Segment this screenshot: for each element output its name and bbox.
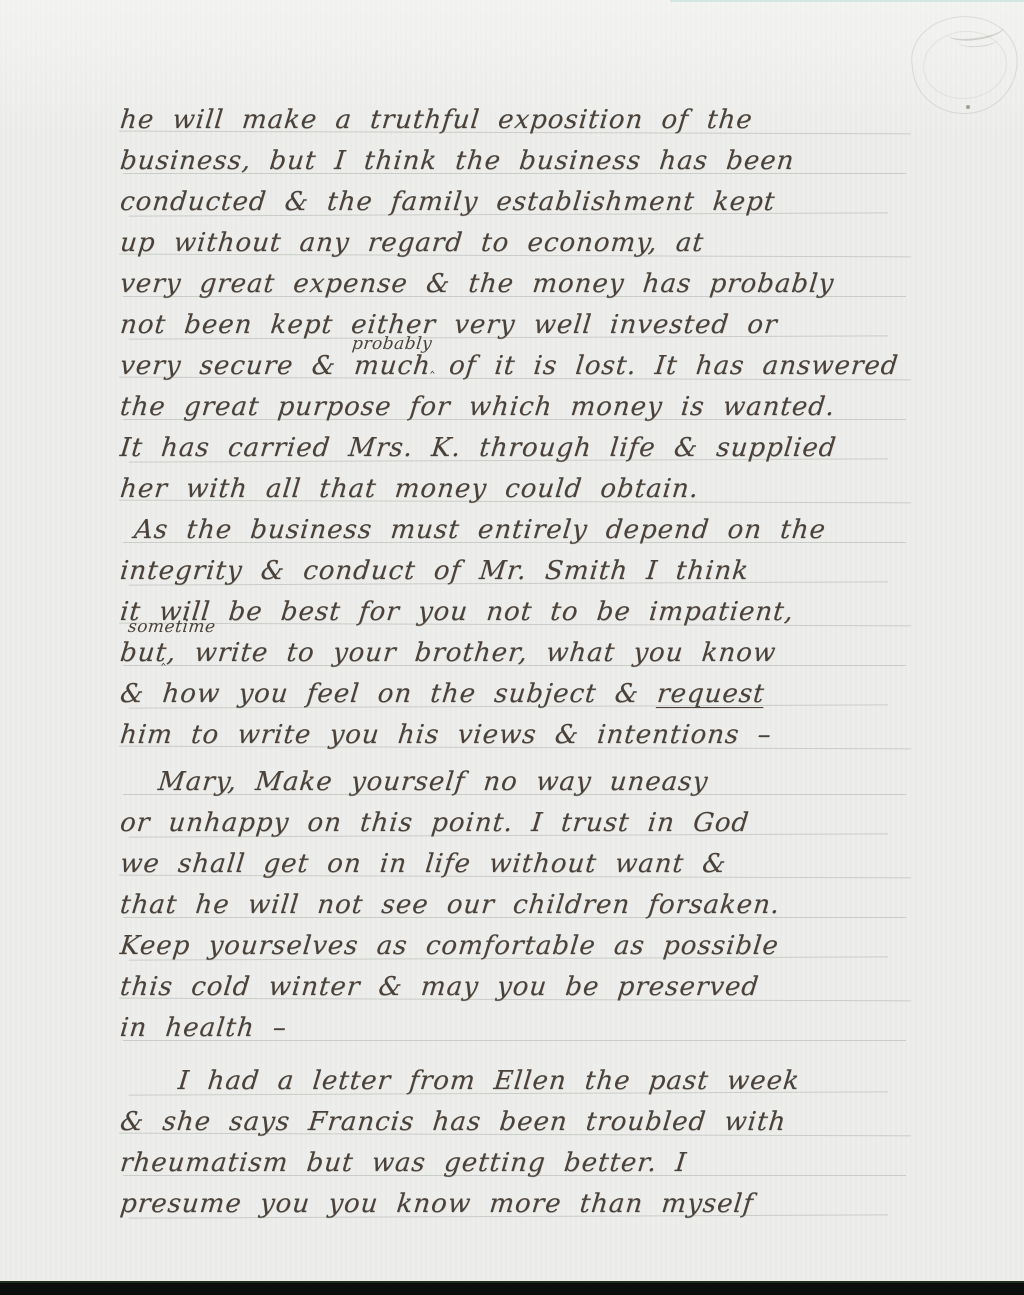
scan-edge-bottom <box>0 1281 1024 1295</box>
handwriting-line: & she says Francis has been troubled wit… <box>118 1102 938 1143</box>
handwriting-line: Keep yourselves as comfortable as possib… <box>118 926 938 967</box>
handwriting-line: but, write to your brother, what you kno… <box>118 633 938 674</box>
interlinear-insertion: probably <box>351 334 433 354</box>
handwriting-line: not been kept either very well invested … <box>118 305 938 346</box>
handwriting-segment: & how you feel on the subject & <box>119 679 659 709</box>
handwriting-line: in health – <box>118 1008 938 1049</box>
letter-page: he will make a truthful exposition of th… <box>0 0 1024 1295</box>
handwriting-line: As the business must entirely depend on … <box>118 510 938 551</box>
handwriting-line: presume you you know more than myself <box>118 1184 938 1225</box>
handwriting-line: he will make a truthful exposition of th… <box>118 100 938 141</box>
handwriting-line: conducted & the family establishment kep… <box>118 182 938 223</box>
handwriting-line: business, but I think the business has b… <box>118 141 938 182</box>
handwriting-line: very secure & much of it is lost. It has… <box>118 346 938 387</box>
handwriting-line: it will be best for you not to be impati… <box>118 592 938 633</box>
handwriting-line: we shall get on in life without want & <box>118 844 938 885</box>
handwriting-line: him to write you his views & intentions … <box>118 715 938 756</box>
handwriting-line: that he will not see our children forsak… <box>118 885 938 926</box>
interlinear-insertion: sometime <box>127 617 217 637</box>
handwriting-line: Mary, Make yourself no way uneasy <box>118 762 938 803</box>
handwriting-line: & how you feel on the subject & request <box>118 674 938 715</box>
handwriting-line: integrity & conduct of Mr. Smith I think <box>118 551 938 592</box>
handwriting-block: he will make a truthful exposition of th… <box>118 100 934 1225</box>
handwriting-line: very great expense & the money has proba… <box>118 264 938 305</box>
handwriting-line: I had a letter from Ellen the past week <box>118 1061 938 1102</box>
underlined-word: request <box>656 679 767 709</box>
handwriting-line: her with all that money could obtain. <box>118 469 938 510</box>
caret-mark: ‸ <box>161 650 166 666</box>
handwriting-line: rheumatism but was getting better. I <box>118 1143 938 1184</box>
handwriting-line: It has carried Mrs. K. through life & su… <box>118 428 938 469</box>
ink-speck <box>966 105 970 109</box>
handwriting-line: up without any regard to economy, at <box>118 223 938 264</box>
handwriting-line: the great purpose for which money is wan… <box>118 387 938 428</box>
handwriting-line: or unhappy on this point. I trust in God <box>118 803 938 844</box>
scan-edge-top <box>670 0 1024 2</box>
caret-mark: ‸ <box>430 358 435 374</box>
handwriting-line: this cold winter & may you be preserved <box>118 967 938 1008</box>
